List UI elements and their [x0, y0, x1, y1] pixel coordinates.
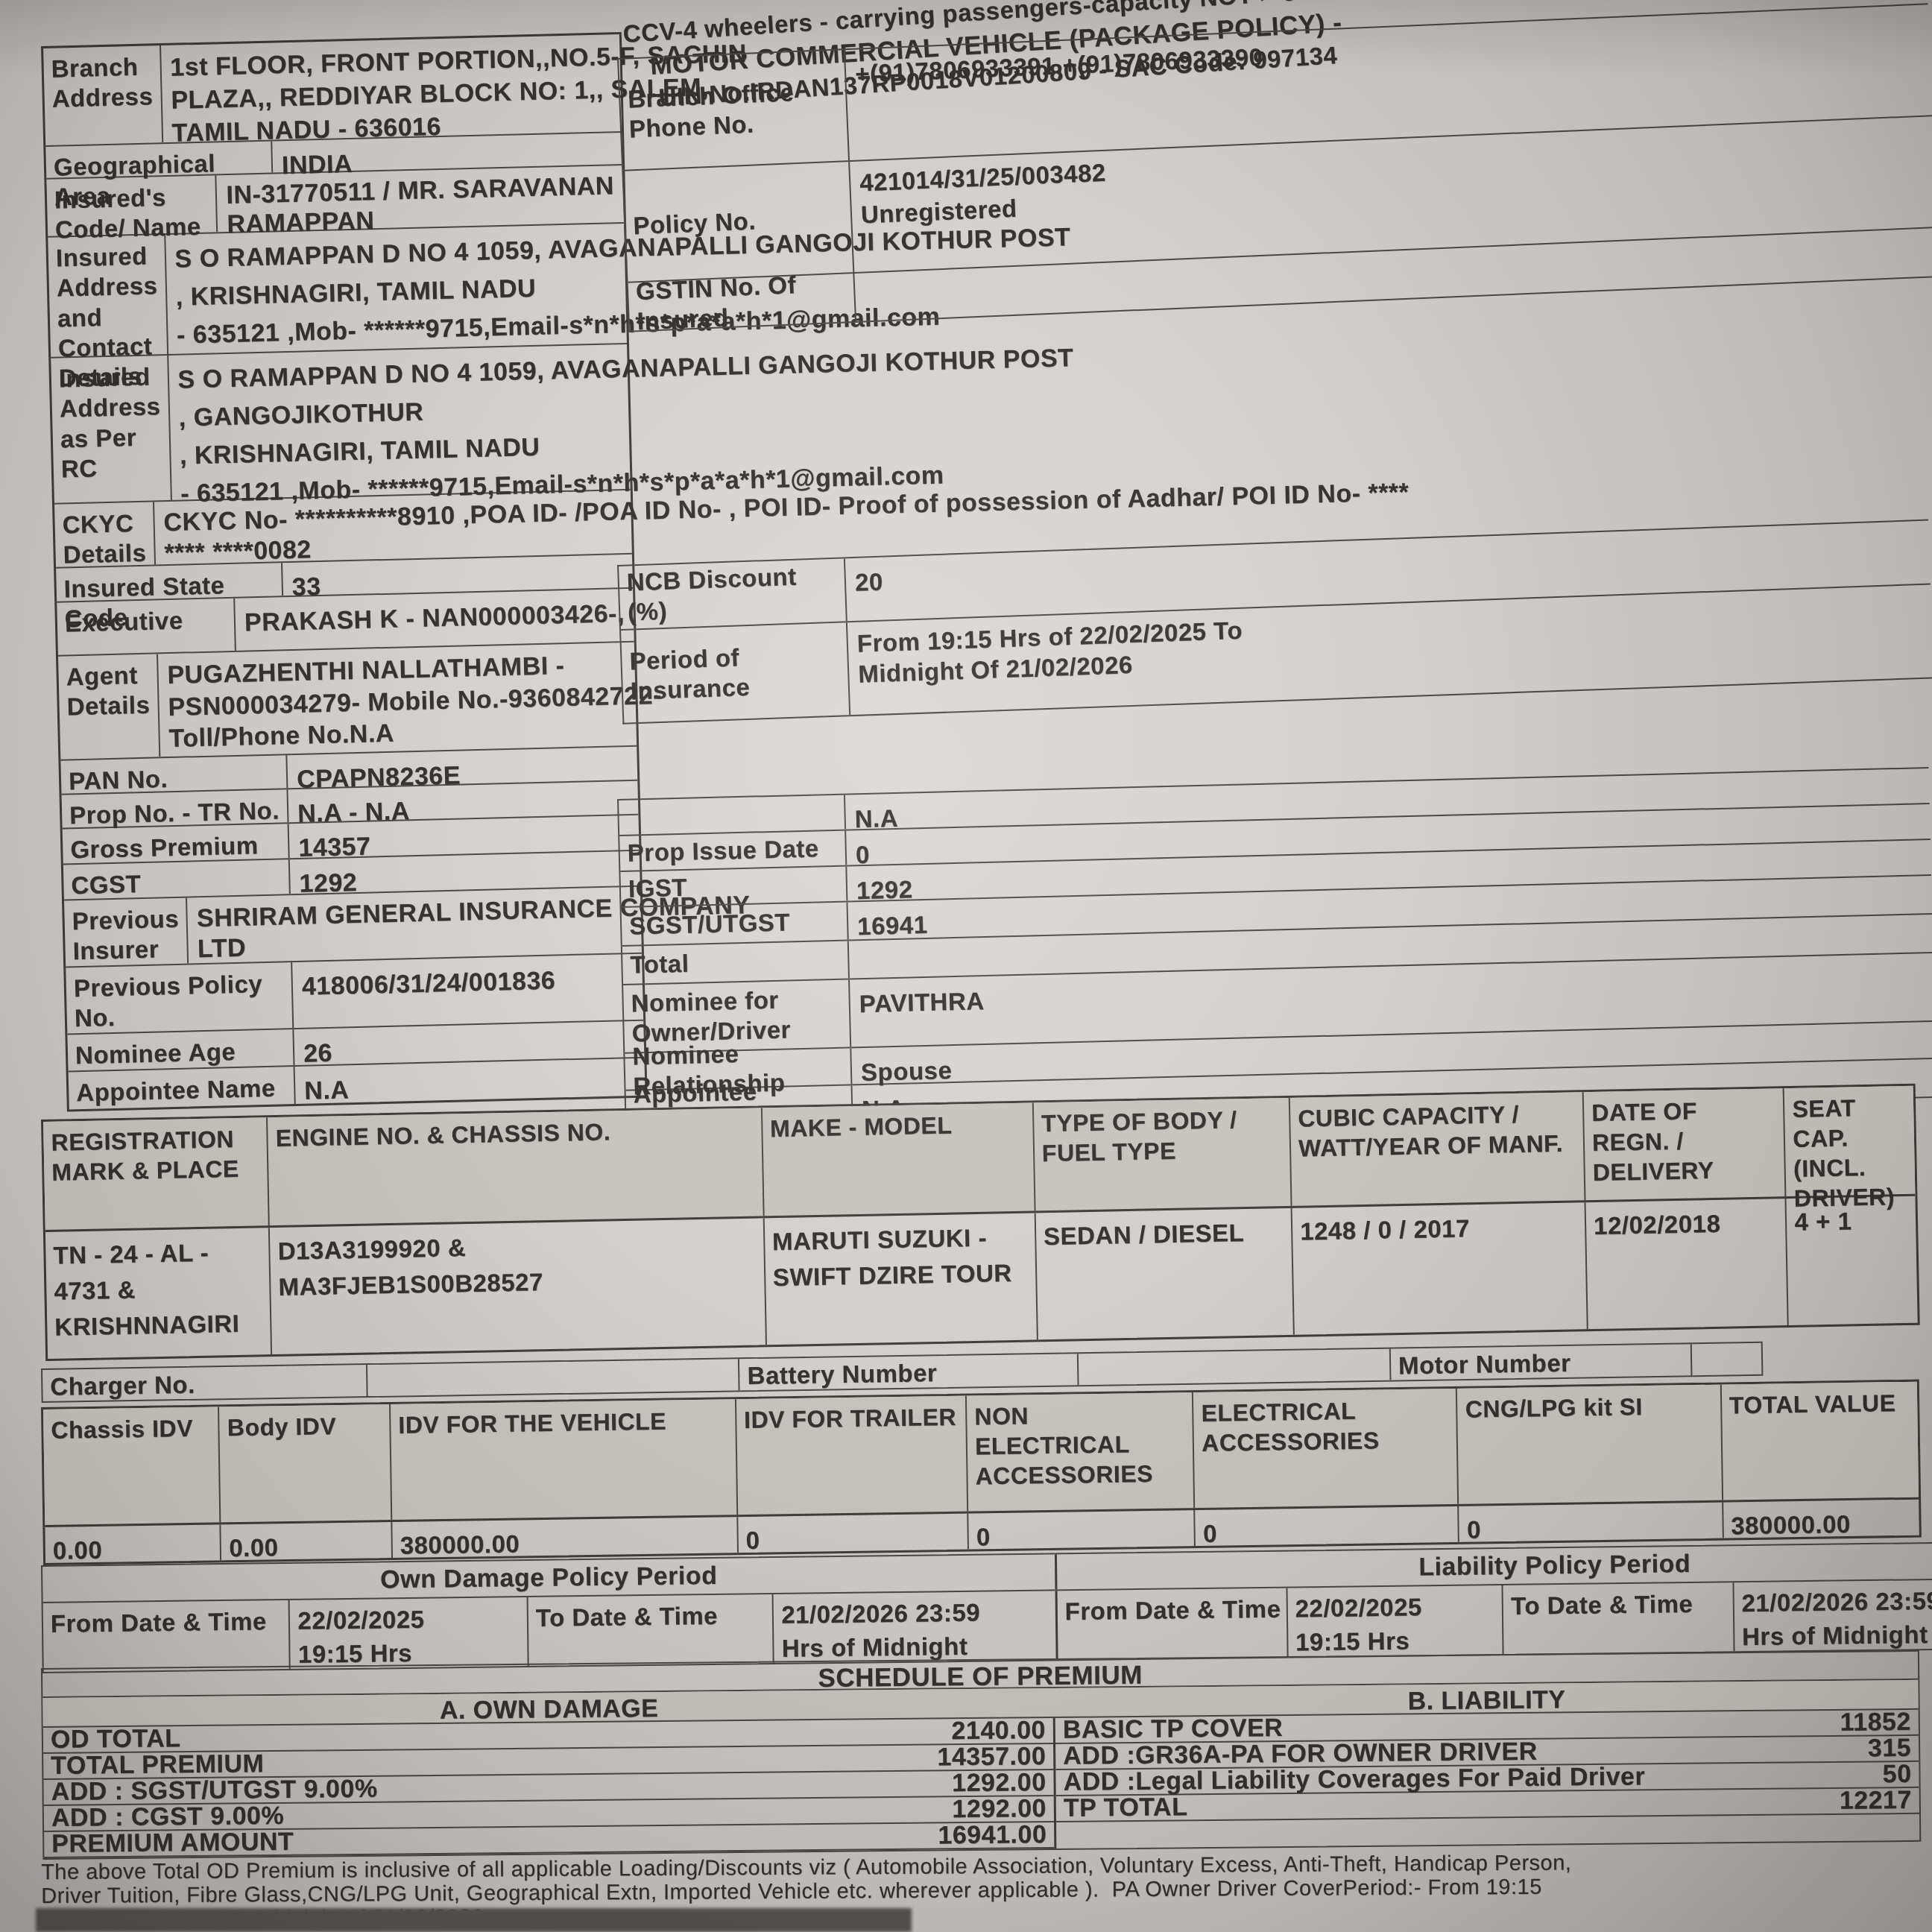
reg-value-body-fuel: SEDAN / DIESEL [1034, 1208, 1292, 1340]
scan-shadow-band [36, 1908, 912, 1932]
idv-value-body: 0.00 [220, 1522, 391, 1560]
battery-number-value [1076, 1349, 1389, 1386]
motor-number-value [1690, 1343, 1762, 1375]
reg-header-make-model: MAKE - MODEL [761, 1102, 1035, 1216]
previous-insurer-label: Previous Insurer [64, 898, 188, 967]
insured-code-name-label: Insured's Code/ Name [46, 175, 216, 236]
liab-to-value: 21/02/2026 23:59 Hrs of Midnight [1732, 1579, 1932, 1651]
od-from-label: From Date & Time [43, 1600, 290, 1672]
liab-to-label: To Date & Time [1502, 1582, 1734, 1654]
reg-header-seat-cap: SEAT CAP. (INCL. DRIVER) [1783, 1086, 1915, 1196]
od-from-value: 22/02/2025 19:15 Hrs [288, 1597, 528, 1669]
idv-value-cng-lpg: 0 [1458, 1503, 1723, 1542]
row-insured-address-rc: Insured Address as Per RC S O RAMAPPAN D… [51, 344, 631, 505]
ncb-period-table: NCB Discount (%) 20 Period of Insurance … [617, 520, 1932, 724]
own-damage-rows: OD TOTAL 2140.00 TOTAL PREMIUM 14357.00 … [43, 1718, 1057, 1858]
insured-address-rc-label: Insured Address as Per RC [51, 356, 170, 503]
idv-value-vehicle: 380000.00 [391, 1517, 737, 1558]
branch-policy-table: Branch Office Phone No. +(91)7806933391,… [617, 3, 1932, 332]
previous-policy-no-label: Previous Policy No. [66, 962, 292, 1033]
gross-premium-label: Gross Premium [63, 824, 288, 863]
row-premium-amount: PREMIUM AMOUNT 16941.00 [44, 1822, 1054, 1858]
charger-no-label: Charger No. [42, 1365, 367, 1401]
liab-from-value: 22/02/2025 19:15 Hrs [1286, 1585, 1503, 1657]
idv-header-chassis: Chassis IDV [43, 1407, 220, 1524]
schedule-of-premium: SCHEDULE OF PREMIUM A. OWN DAMAGE B. LIA… [41, 1650, 1921, 1860]
motor-number-label: Motor Number [1389, 1344, 1691, 1380]
liability-rows: BASIC TP COVER 11852 ADD :GR36A-PA FOR O… [1055, 1710, 1919, 1822]
reg-header-date-regn: DATE OF REGN. / DELIVERY [1582, 1088, 1785, 1200]
row-tp-total: TP TOTAL 12217 [1056, 1788, 1919, 1822]
od-to-value: 21/02/2026 23:59 Hrs of Midnight [772, 1591, 1055, 1663]
insured-state-code-label: Insured State Code [56, 563, 282, 601]
agent-details-value: PUGAZHENTHI NALLATHAMBI - PSN000034279- … [157, 642, 672, 757]
tp-total-value: 12217 [1840, 1786, 1912, 1816]
period-of-insurance-label: Period of Insurance [621, 622, 849, 722]
idv-value-trailer: 0 [736, 1514, 967, 1553]
insured-address-rc-value: S O RAMAPPAN D NO 4 1059, AVAGANAPALLI G… [167, 333, 1086, 500]
idv-value-total-value: 380000.00 [1722, 1500, 1919, 1538]
vehicle-registration-table: REGISTRATION MARK & PLACE ENGINE NO. & C… [41, 1084, 1920, 1361]
agent-details-label: Agent Details [58, 654, 159, 759]
appointee-name-label: Appointee Name [69, 1067, 294, 1109]
pa-owner-driver-value: 315 [1868, 1734, 1912, 1764]
idv-value-electrical: 0 [1194, 1506, 1459, 1546]
nominee-age-label: Nominee Age [67, 1029, 293, 1070]
insured-address-contact-label: Insured Address and Contact Details [48, 235, 166, 357]
reg-header-cubic-capacity: CUBIC CAPACITY / WATT/YEAR OF MANF. [1289, 1092, 1585, 1206]
idv-value-non-electrical: 0 [967, 1510, 1194, 1550]
reg-header-body-fuel: TYPE OF BODY / FUEL TYPE [1032, 1098, 1291, 1211]
ckyc-details-label: CKYC Details [54, 502, 154, 567]
prop-tr-no-label: Prop No. - TR No. [62, 789, 288, 827]
liab-from-label: From Date & Time [1055, 1588, 1287, 1660]
blank-label [619, 795, 845, 835]
scanned-policy-document: CIN NO.U66010RJ2006PLC029979 TE CUM POLI… [0, 0, 1932, 1932]
od-total-value: 2140.00 [951, 1716, 1046, 1746]
sgst-utgst-label: SGST/UTGST [622, 903, 847, 945]
row-insured-address-contact: Insured Address and Contact Details S O … [48, 224, 627, 359]
nominee-age-value: 26 [292, 1021, 644, 1065]
gstin-label: GSTIN No. Of Insured [628, 274, 855, 331]
row-agent-details: Agent Details PUGAZHENTHI NALLATHAMBI - … [58, 643, 637, 761]
legal-liability-paid-driver-value: 50 [1882, 1760, 1911, 1789]
battery-number-label: Battery Number [738, 1354, 1077, 1390]
reg-value-seat-cap: 4 + 1 [1785, 1196, 1918, 1325]
od-to-label: To Date & Time [526, 1594, 773, 1666]
basic-tp-cover-value: 11852 [1840, 1708, 1911, 1737]
reg-value-make-model: MARUTI SUZUKI - SWIFT DZIRE TOUR [763, 1213, 1036, 1345]
ncb-discount-label: NCB Discount (%) [619, 558, 846, 628]
idv-header-non-electrical: NON ELECTRICAL ACCESSORIES [965, 1392, 1194, 1511]
branch-address-label: Branch Address [43, 45, 162, 145]
executive-label: Executive [57, 599, 235, 655]
idv-header-cng-lpg: CNG/LPG kit SI [1456, 1385, 1721, 1504]
previous-policy-no-value: 418006/31/24/001836 [291, 954, 643, 1028]
executive-value: PRAKASH K - NAN000003426-, [233, 589, 634, 651]
insured-code-name-value: IN-31770511 / MR. SARAVANAN RAMAPPAN [215, 165, 624, 232]
reg-value-engine-chassis: D13A3199920 & MA3FJEB1S00B28527 [268, 1218, 765, 1354]
reg-value-registration-mark: TN - 24 - AL - 4731 & KRISHNNAGIRI [45, 1228, 271, 1359]
policy-details-table: Branch Address 1st FLOOR, FRONT PORTION,… [41, 32, 648, 1112]
reg-header-registration-mark: REGISTRATION MARK & PLACE [43, 1117, 268, 1230]
premium-amount-value: 16941.00 [938, 1820, 1046, 1850]
idv-table: Chassis IDV Body IDV IDV FOR THE VEHICLE… [41, 1380, 1922, 1565]
idv-header-vehicle: IDV FOR THE VEHICLE [389, 1399, 736, 1520]
idv-header-trailer: IDV FOR TRAILER [735, 1396, 967, 1515]
cgst-label: CGST [63, 859, 289, 899]
prop-issue-date-label: Prop Issue Date [619, 831, 845, 871]
reg-header-engine-chassis: ENGINE NO. & CHASSIS NO. [266, 1108, 763, 1225]
total-label: Total [622, 941, 848, 984]
igst-label: IGST [620, 867, 846, 906]
row-branch-address: Branch Address 1st FLOOR, FRONT PORTION,… [43, 34, 622, 147]
charger-no-value [366, 1359, 739, 1396]
tax-nominee-table: N.A Prop Issue Date 0 IGST 1292 SGST/UTG… [617, 767, 1932, 1130]
reg-value-date-regn: 12/02/2018 [1585, 1199, 1788, 1329]
idv-header-electrical: ELECTRICAL ACCESSORIES [1192, 1389, 1457, 1508]
appointee-name-value: N.A [294, 1058, 645, 1104]
geographical-area-label: Geographical Area [45, 142, 271, 178]
cin-number-vertical: CIN NO.U66010RJ2006PLC029979 [0, 0, 4, 97]
idv-header-body: Body IDV [218, 1404, 391, 1522]
idv-value-chassis: 0.00 [45, 1524, 220, 1562]
idv-header-total-value: TOTAL VALUE [1720, 1382, 1919, 1500]
pan-no-label: PAN No. [60, 755, 286, 793]
reg-value-cubic-capacity: 1248 / 0 / 2017 [1291, 1202, 1587, 1335]
branch-phone-label: Branch Office Phone No. [619, 50, 848, 170]
policy-no-label: Policy No. [623, 162, 853, 282]
